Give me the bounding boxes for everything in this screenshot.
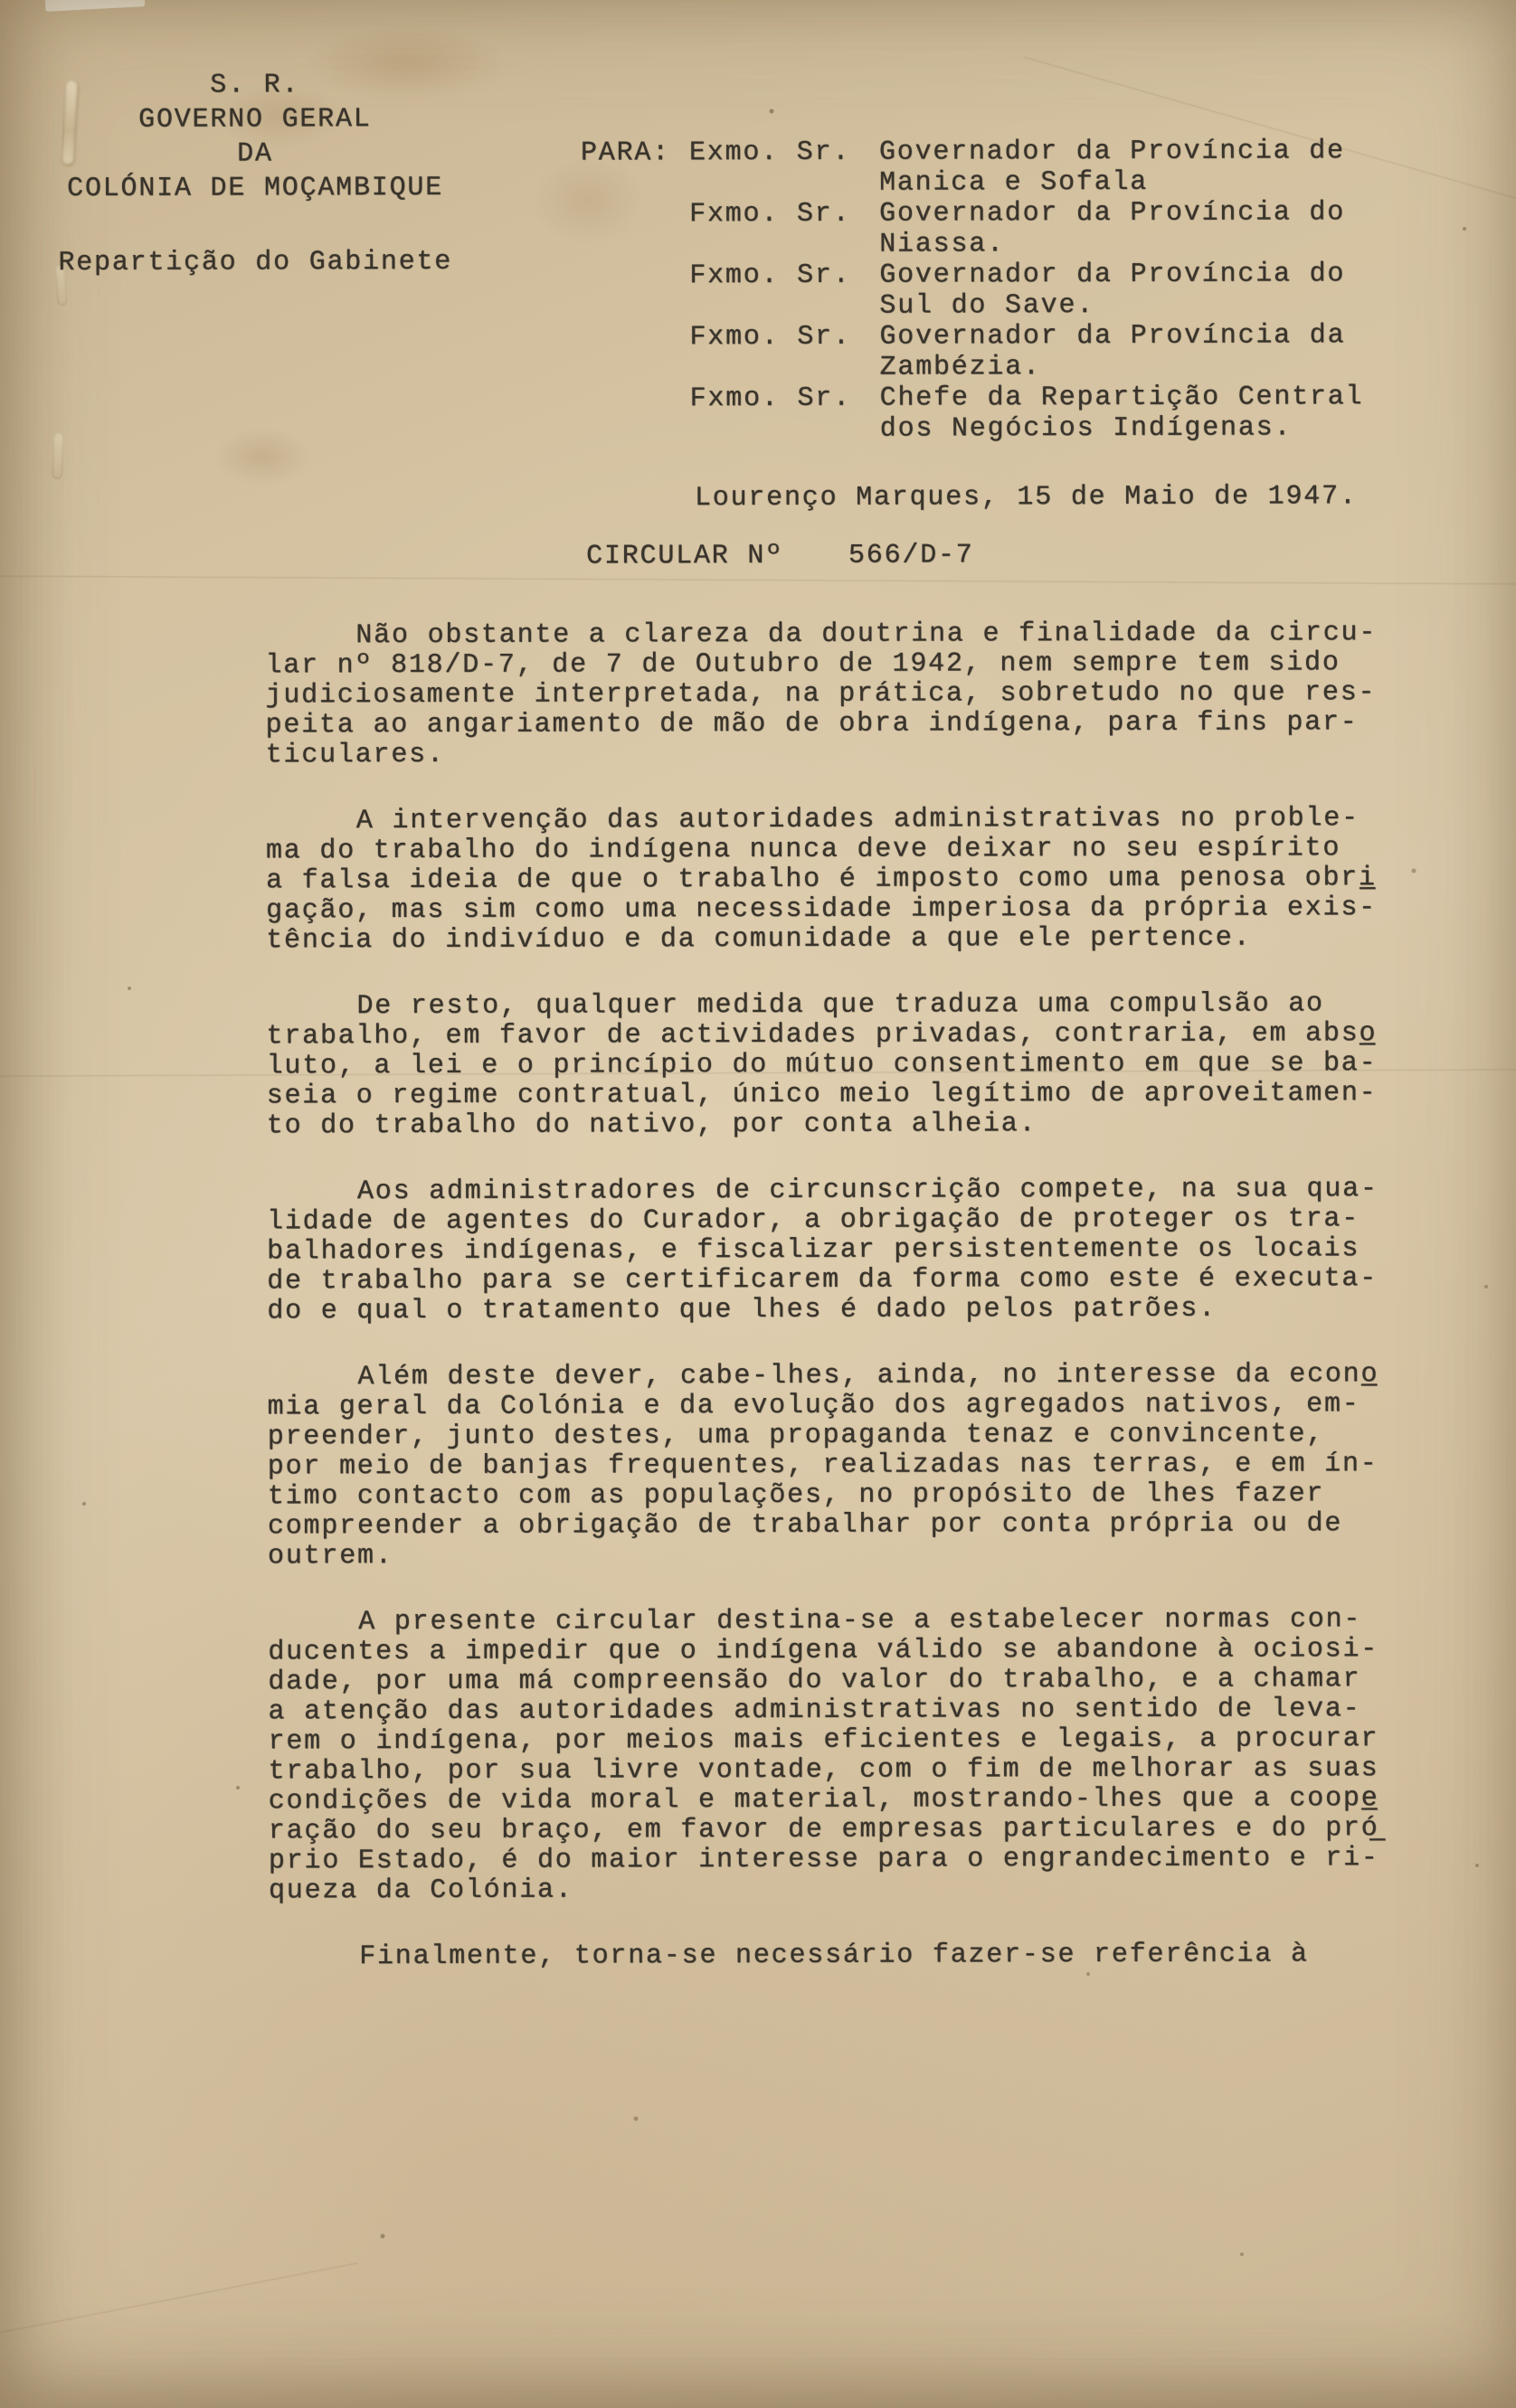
recipient-row: Exmo. Sr. Governador da Província de Man… — [689, 136, 1467, 199]
paragraph-7: Finalmente, torna-se necessário fazer-se… — [269, 1940, 1396, 1972]
letterhead: S. R. GOVERNO GERAL DA COLÓNIA DE MOÇAMB… — [47, 68, 464, 280]
paragraph-1: Não obstante a clareza da doutrina e fin… — [265, 619, 1392, 770]
recipient-row: Fxmo. Sr. Governador da Província do Sul… — [689, 259, 1467, 322]
recipient-salutation: Exmo. Sr. — [689, 137, 879, 169]
letterhead-office: Repartição do Gabinete — [47, 245, 463, 280]
circular-label: CIRCULAR Nº — [586, 541, 783, 572]
circular-number: 566/D-7 — [848, 540, 974, 571]
recipient-salutation: Fxmo. Sr. — [689, 260, 879, 292]
recipient-address: Governador da Província do Niassa. — [879, 197, 1345, 260]
recipient-row: Fxmo. Sr. Chefe da Repartição Central do… — [690, 382, 1468, 445]
document-body: Não obstante a clareza da doutrina e fin… — [265, 619, 1396, 2008]
recipients-list: Exmo. Sr. Governador da Província de Man… — [689, 136, 1468, 445]
recipient-salutation: Fxmo. Sr. — [689, 199, 879, 231]
paragraph-3: De resto, qualquer medida que traduza um… — [266, 989, 1393, 1141]
recipient-address: Governador da Província da Zambézia. — [879, 320, 1345, 382]
letterhead-da: DA — [47, 137, 463, 172]
recipient-row: Fxmo. Sr. Governador da Província da Zam… — [689, 320, 1467, 383]
paragraph-6: A presente circular destina-se a estabel… — [268, 1605, 1396, 1906]
paragraph-5: Além deste dever, cabe-lhes, ainda, no i… — [267, 1360, 1395, 1572]
recipient-address: Governador da Província de Manica e Sofa… — [879, 136, 1345, 198]
recipient-salutation: Fxmo. Sr. — [689, 322, 879, 354]
recipient-salutation: Fxmo. Sr. — [690, 383, 880, 415]
recipient-row: Fxmo. Sr. Governador da Província do Nia… — [689, 197, 1467, 260]
paragraph-2: A intervenção das autoridades administra… — [266, 804, 1393, 956]
document-page: S. R. GOVERNO GERAL DA COLÓNIA DE MOÇAMB… — [0, 0, 1516, 2408]
letterhead-sr: S. R. — [47, 68, 463, 103]
dateline: Lourenço Marques, 15 de Maio de 1947. — [695, 481, 1358, 514]
circular-heading: CIRCULAR Nº566/D-7 — [586, 540, 974, 571]
recipient-address: Chefe da Repartição Central dos Negócios… — [880, 382, 1364, 444]
recipient-address: Governador da Província do Sul do Save. — [879, 259, 1345, 321]
para-label: PARA: — [581, 137, 670, 168]
letterhead-colonia: COLÓNIA DE MOÇAMBIQUE — [47, 171, 463, 206]
paragraph-4: Aos administradores de circunscrição com… — [267, 1175, 1394, 1327]
letterhead-governo-geral: GOVERNO GERAL — [47, 102, 463, 137]
